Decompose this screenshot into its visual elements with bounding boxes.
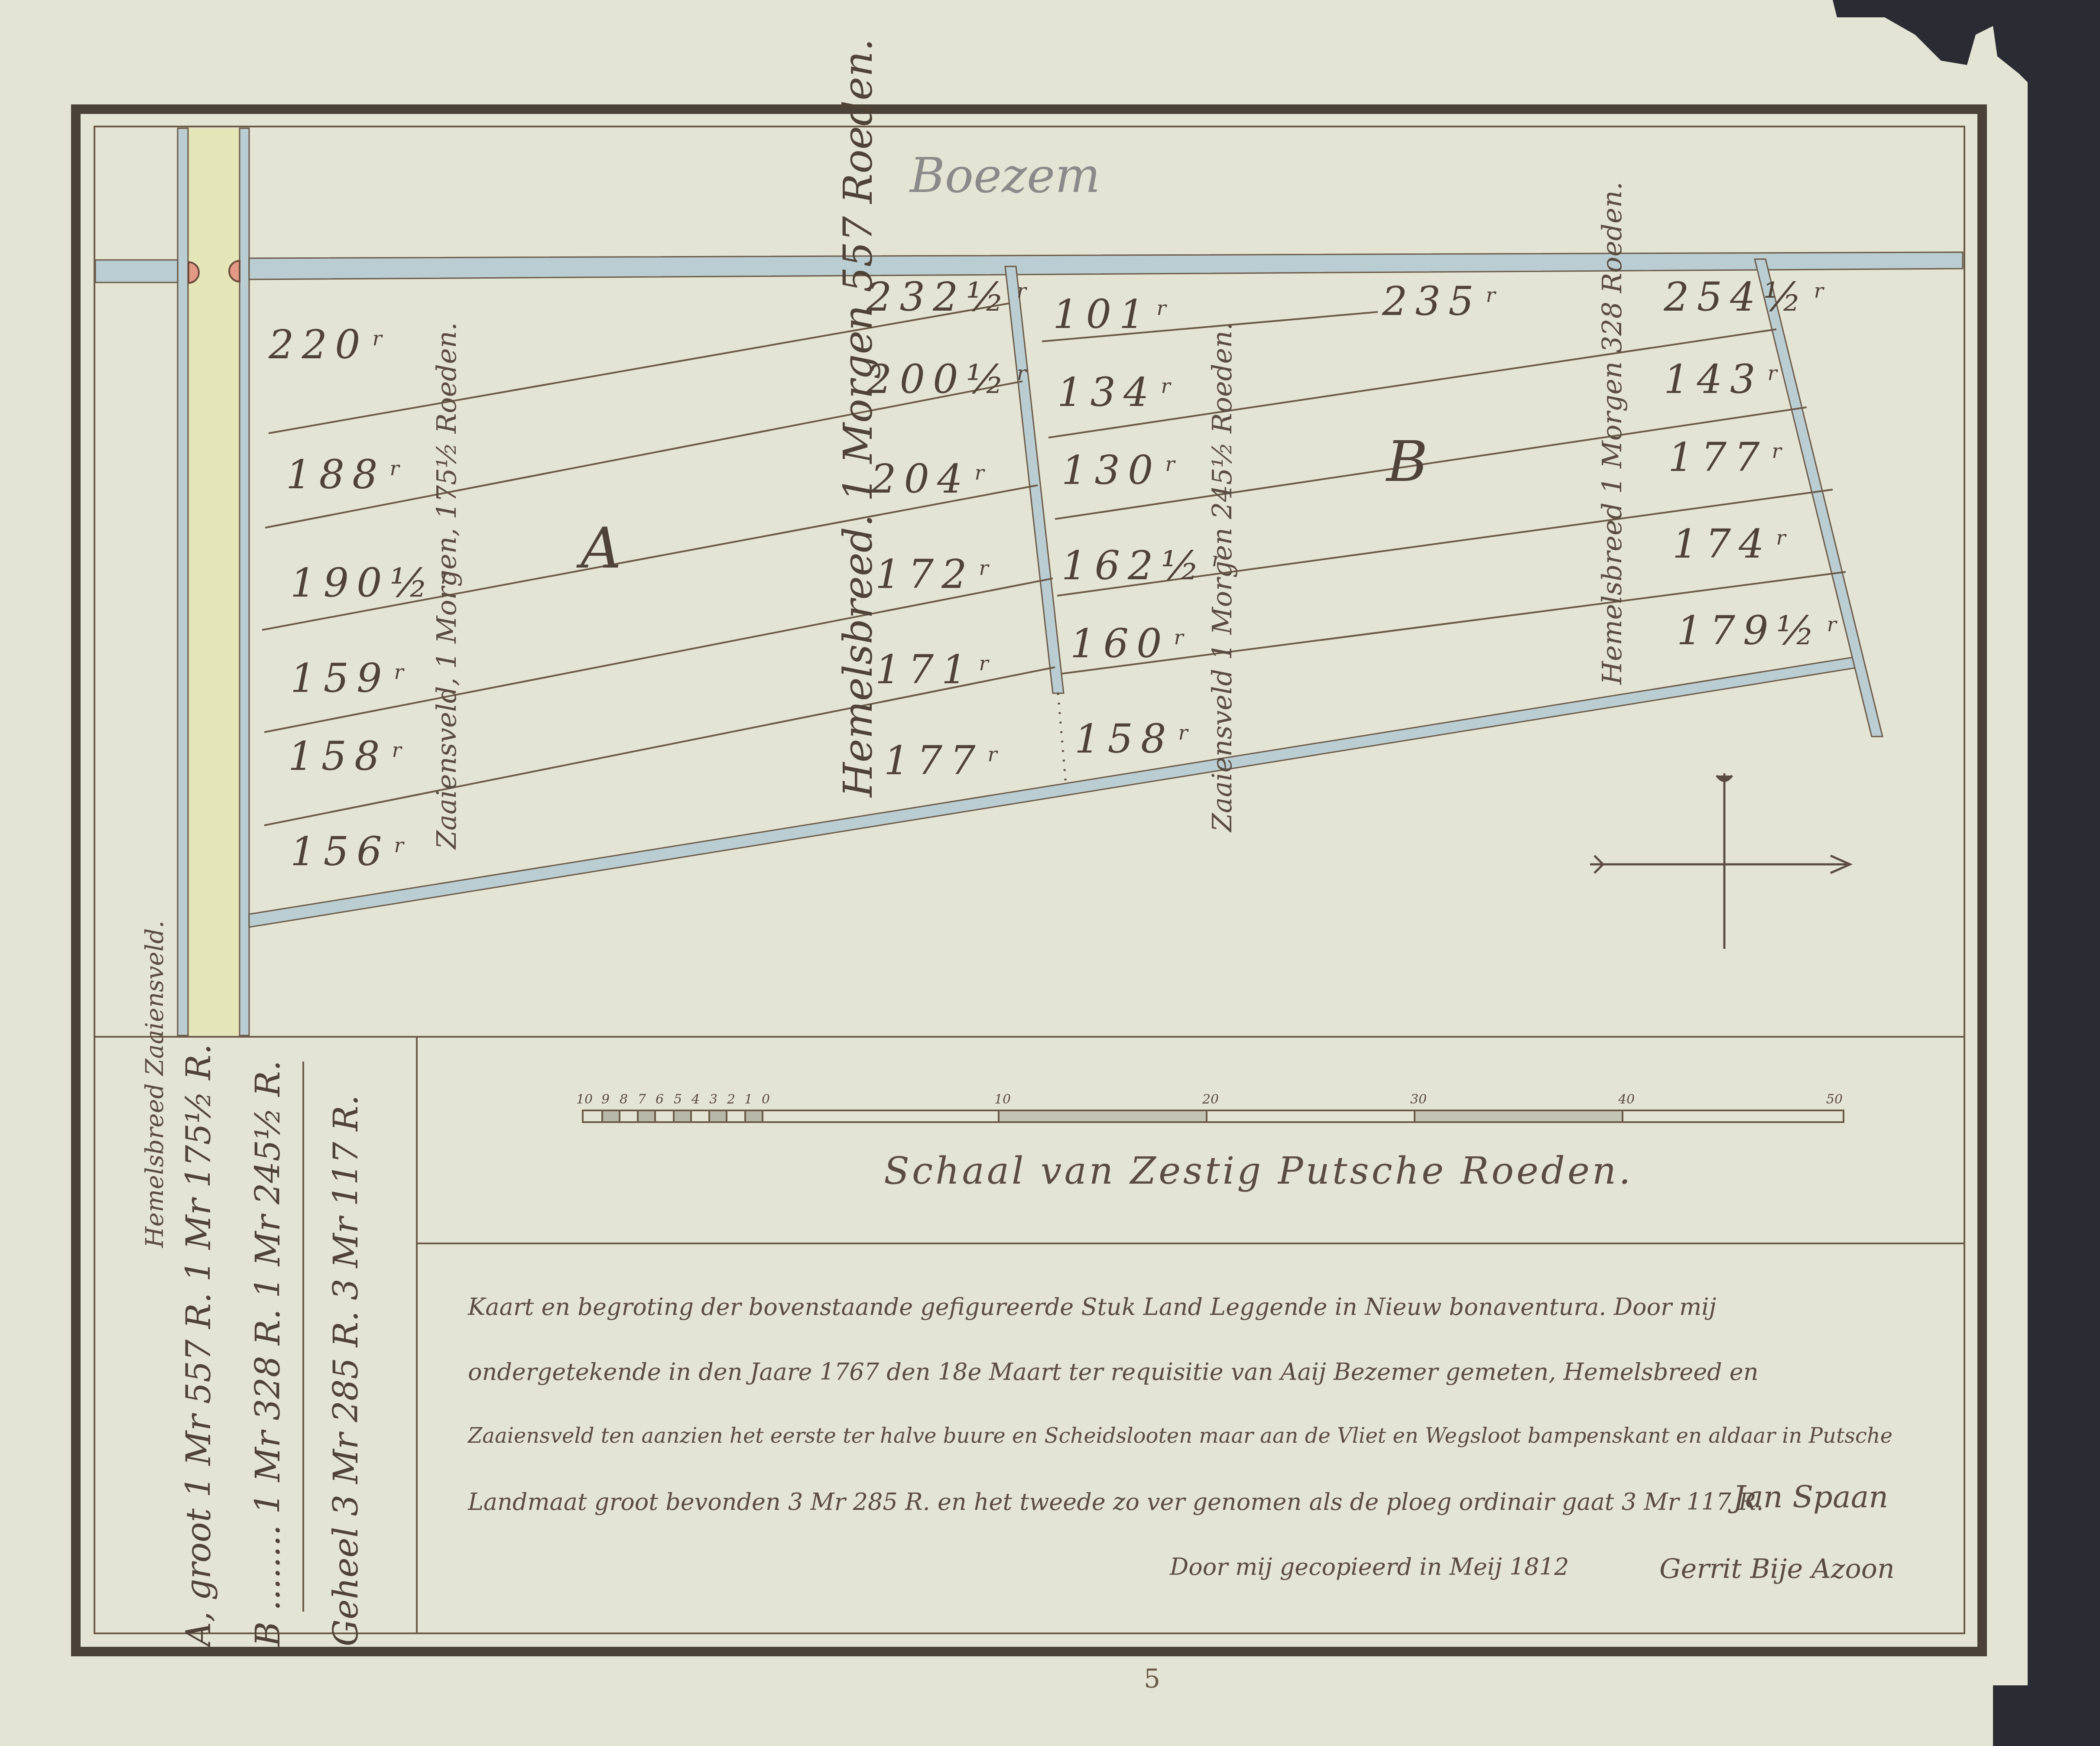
parcel-value: 190½r: [290, 563, 450, 603]
description-line: Zaaiensveld ten aanzien het eerste ter h…: [468, 1425, 1892, 1446]
scale-tick: 1: [744, 1092, 753, 1107]
section-a-hemelsbreed-note: Hemelsbreed. 1 Morgen 557 Roeden.: [838, 39, 878, 797]
parcel-value: 254½r: [1664, 277, 1824, 317]
parcel-value: 232½r: [867, 277, 1026, 317]
description-line: Kaart en begroting der bovenstaande gefi…: [468, 1295, 1716, 1319]
scale-tick: 10: [994, 1092, 1011, 1107]
parcel-value: 143r: [1664, 360, 1777, 399]
canal-right-vertical: [240, 128, 249, 1035]
legend-row-a: A, groot 1 Mr 557 R. 1 Mr 175½ R.: [182, 1044, 216, 1646]
parcel-value: 220r: [269, 325, 382, 365]
scale-tick: 4: [691, 1092, 700, 1107]
section-b-zaaiensveld-note: Zaaiensveld 1 Morgen 245½ Roeden.: [1209, 322, 1236, 832]
copyist-signature: Gerrit Bije Azoon: [1659, 1555, 1895, 1582]
section-a-letter: A: [581, 520, 621, 576]
scale-tick: 5: [674, 1092, 682, 1107]
section-b-letter: B: [1386, 433, 1428, 490]
scale-tick: 9: [601, 1092, 610, 1107]
parcel-value: 177r: [1668, 438, 1782, 477]
parcel-value: 101r: [1053, 295, 1166, 334]
scale-tick: 20: [1202, 1092, 1219, 1107]
parcel-value: 162½r: [1061, 546, 1221, 586]
parcel-value: 172r: [875, 555, 989, 594]
parcel-value: 158r: [1074, 719, 1188, 759]
canal-left-vertical: [178, 128, 188, 1035]
scale-tick: 3: [709, 1092, 717, 1107]
boezem-label: Boezem: [910, 152, 1100, 199]
parcel-value: 188r: [286, 455, 399, 495]
description-line: Landmaat groot bevonden 3 Mr 285 R. en h…: [468, 1490, 1764, 1514]
legend-header: Hemelsbreed Zaaiensveld.: [143, 921, 167, 1248]
canal-top-left: [95, 260, 178, 282]
scale-tick: 7: [638, 1092, 646, 1107]
map-sheet: Boezem 220r 188r 190½r 159r 158r 156r Za…: [0, 0, 2100, 1746]
parcel-value: 200½r: [867, 360, 1026, 399]
parcel-value: 156r: [290, 832, 404, 872]
parcel-value: 130r: [1061, 451, 1175, 490]
scale-tick: 0: [762, 1092, 770, 1107]
scale-tick: 40: [1618, 1092, 1635, 1107]
parcel-value-top: 235r: [1382, 282, 1496, 321]
parcel-value: 179½r: [1677, 611, 1837, 651]
scale-tick: 2: [727, 1092, 735, 1107]
scale-tick: 6: [656, 1092, 664, 1107]
scale-title: Schaal van Zestig Putsche Roeden.: [884, 1152, 1633, 1190]
parcel-value: 160r: [1070, 624, 1184, 664]
parcel-value: 174r: [1672, 524, 1786, 564]
scale-tick: 8: [620, 1092, 628, 1107]
parcel-value: 134r: [1057, 373, 1171, 412]
parcel-value: 171r: [875, 650, 989, 690]
parcel-value: 204r: [871, 459, 984, 499]
parcel-value: 158r: [288, 737, 402, 776]
section-b-hemelsbreed-note: Hemelsbreed 1 Morgen 328 Roeden.: [1599, 182, 1626, 685]
parcel-value: 159r: [290, 659, 404, 698]
legend-row-total: Geheel 3 Mr 285 R. 3 Mr 117 R.: [329, 1095, 363, 1646]
page-number: 5: [1144, 1664, 1160, 1694]
description-line: Door mij gecopieerd in Meij 1812: [1170, 1555, 1569, 1579]
parcel-value: 177r: [884, 741, 997, 781]
scale-tick: 30: [1410, 1092, 1427, 1107]
scale-tick: 50: [1826, 1092, 1843, 1107]
description-line: ondergetekende in den Jaare 1767 den 18e…: [468, 1360, 1759, 1384]
scale-tick: 10: [576, 1092, 593, 1107]
section-a-zaaiensveld-note: Zaaiensveld, 1 Morgen, 175½ Roeden.: [433, 322, 460, 849]
legend-row-b: B ........ 1 Mr 328 R. 1 Mr 245½ R.: [251, 1060, 285, 1646]
surveyor-signature: Jan Spaan: [1733, 1482, 1888, 1512]
